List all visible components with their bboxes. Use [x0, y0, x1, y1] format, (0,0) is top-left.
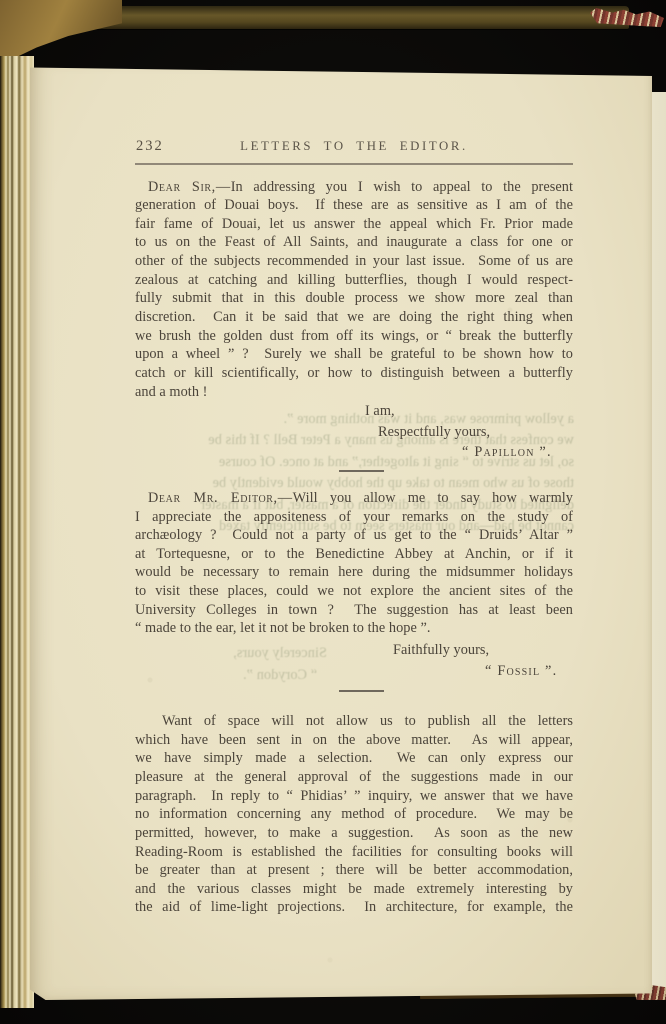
text-line: University Colleges in town ? The sugges…	[135, 601, 573, 620]
text-line: to visit these places, could we not expl…	[135, 582, 573, 601]
scanned-book-photo: a yellow primrose was, and it was nothin…	[0, 0, 666, 1024]
text-line: pleasure at the general approval of the …	[135, 768, 573, 787]
text-line: and a moth !	[135, 383, 573, 402]
text-line: paragraph. In reply to “ Phidias’ ” inqu…	[135, 787, 573, 806]
text-line: I appreciate the appositeness of your re…	[135, 508, 573, 527]
text-line: discretion. Can it be said that we are d…	[135, 308, 573, 327]
closing-line: I am,	[365, 402, 573, 421]
text-line: Reading-Room is established the faciliti…	[135, 843, 573, 862]
editor-note: Want of space will not allow us to publi…	[135, 712, 573, 917]
separator-rule	[339, 690, 384, 692]
text-line: zealous at catching and killing butterfl…	[135, 271, 573, 290]
text-line: other of the subjects recommended in you…	[135, 252, 573, 271]
text-line: generation of Douai boys. If these are a…	[135, 196, 573, 215]
text-line: Dear Sir,—In addressing you I wish to ap…	[135, 178, 573, 197]
closing-line: Faithfully yours,	[393, 641, 573, 660]
leather-spine-edge	[84, 6, 629, 29]
binding-corner	[0, 0, 122, 58]
signature-fossil: “ Fossil ”.	[485, 662, 573, 681]
salutation: Dear Mr. Editor,—	[148, 490, 293, 506]
closing-line: Respectfully yours,	[378, 423, 573, 442]
opening-text: Will you allow me to say how warmly	[293, 490, 573, 506]
text-line: fair fame of Douai, let us answer the ap…	[135, 215, 573, 234]
text-line: fully submit that in this double process…	[135, 289, 573, 308]
opening-text: In addressing you I wish to appeal to th…	[231, 179, 573, 195]
text-column: 232 LETTERS TO THE EDITOR. Dear Sir,—In …	[135, 138, 573, 917]
text-line: would be necessary to remain here during…	[135, 563, 573, 582]
text-line: and the various classes might be made ex…	[135, 880, 573, 899]
page-edges-stack	[0, 56, 34, 1008]
text-line: “ made to the ear, let it not be broken …	[135, 619, 573, 638]
text-line: Want of space will not allow us to publi…	[135, 712, 573, 731]
text-line: which have been sent in on the above mat…	[135, 731, 573, 750]
text-line: we brush the golden dust from off its wi…	[135, 327, 573, 346]
salutation: Dear Sir,—	[148, 179, 231, 195]
page-header: 232 LETTERS TO THE EDITOR.	[135, 138, 573, 158]
text-line: be greater than at present ; there will …	[135, 861, 573, 880]
signature-papillon: “ Papillon ”.	[462, 443, 573, 462]
text-line: archæology ? Could not a party of us get…	[135, 526, 573, 545]
text-line: no information concerning any method of …	[135, 805, 573, 824]
text-line: Dear Mr. Editor,—Will you allow me to sa…	[135, 489, 573, 508]
text-line: to us on the Feast of All Saints, and in…	[135, 233, 573, 252]
text-line: permitted, however, to make a suggestion…	[135, 824, 573, 843]
text-line: at Tortequesne, or to the Benedictine Ab…	[135, 545, 573, 564]
text-line: the aid of lime-light projections. In ar…	[135, 898, 573, 917]
text-line: upon a wheel ” ? Surely we shall be grat…	[135, 345, 573, 364]
letter-fossil: Dear Mr. Editor,—Will you allow me to sa…	[135, 489, 573, 681]
text-line: catch or kill scientifically, or how to …	[135, 364, 573, 383]
separator-rule	[339, 470, 384, 472]
book-page: a yellow primrose was, and it was nothin…	[30, 60, 652, 1000]
letter-papillon: Dear Sir,—In addressing you I wish to ap…	[135, 178, 573, 462]
text-line: we have simply made a selection. We can …	[135, 749, 573, 768]
running-header: LETTERS TO THE EDITOR.	[135, 139, 573, 154]
header-rule	[135, 163, 573, 165]
